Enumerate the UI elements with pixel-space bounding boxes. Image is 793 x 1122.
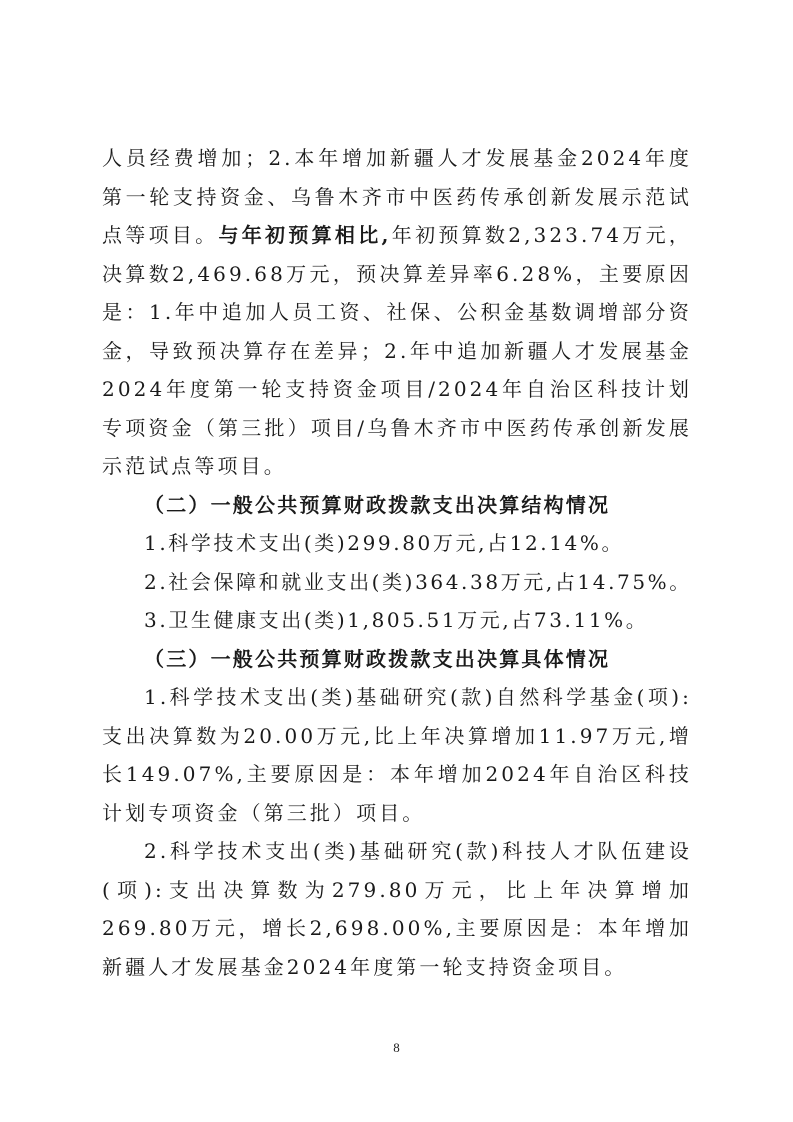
section-heading-details: （三）一般公共预算财政拨款支出决算具体情况 xyxy=(102,640,692,679)
document-page: 人员经费增加；2.本年增加新疆人才发展基金2024年度第一轮支持资金、乌鲁木齐市… xyxy=(102,139,692,986)
section-heading-structure: （二）一般公共预算财政拨款支出决算结构情况 xyxy=(102,486,692,525)
list-item: 1.科学技术支出(类)299.80万元,占12.14%。 xyxy=(102,524,692,563)
list-item: 3.卫生健康支出(类)1,805.51万元,占73.11%。 xyxy=(102,601,692,640)
paragraph-budget-comparison: 人员经费增加；2.本年增加新疆人才发展基金2024年度第一轮支持资金、乌鲁木齐市… xyxy=(102,139,692,486)
paragraph-text: 年初预算数2,323.74万元，决算数2,469.68万元，预决算差异率6.28… xyxy=(102,223,692,478)
page-number: 8 xyxy=(0,1040,793,1056)
paragraph-detail: 1.科学技术支出(类)基础研究(款)自然科学基金(项):支出决算数为20.00万… xyxy=(102,678,692,832)
list-item: 2.社会保障和就业支出(类)364.38万元,占14.75%。 xyxy=(102,563,692,602)
bold-phrase: 与年初预算相比, xyxy=(218,223,391,247)
paragraph-detail: 2.科学技术支出(类)基础研究(款)科技人才队伍建设(项):支出决算数为279.… xyxy=(102,832,692,986)
